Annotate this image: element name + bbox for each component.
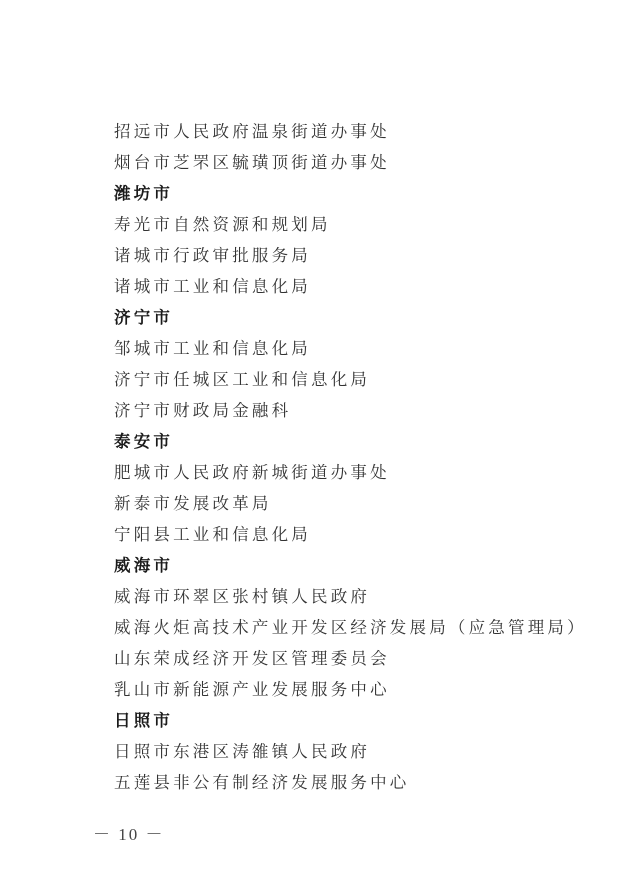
org-line: 烟台市芝罘区毓璜顶街道办事处	[114, 147, 587, 178]
city-heading: 日照市	[114, 705, 587, 736]
org-line: 山东荣成经济开发区管理委员会	[114, 643, 587, 674]
org-line: 乳山市新能源产业发展服务中心	[114, 674, 587, 705]
org-line: 新泰市发展改革局	[114, 488, 587, 519]
org-line: 寿光市自然资源和规划局	[114, 209, 587, 240]
org-line: 五莲县非公有制经济发展服务中心	[114, 767, 587, 798]
city-heading: 潍坊市	[114, 178, 587, 209]
org-line: 威海火炬高技术产业开发区经济发展局（应急管理局）	[114, 612, 587, 643]
document-page: 招远市人民政府温泉街道办事处 烟台市芝罘区毓璜顶街道办事处 潍坊市 寿光市自然资…	[0, 0, 640, 870]
city-heading: 威海市	[114, 550, 587, 581]
city-heading: 济宁市	[114, 302, 587, 333]
organization-list: 招远市人民政府温泉街道办事处 烟台市芝罘区毓璜顶街道办事处 潍坊市 寿光市自然资…	[114, 116, 587, 798]
page-number: － 10 －	[93, 820, 165, 845]
org-line: 宁阳县工业和信息化局	[114, 519, 587, 550]
org-line: 济宁市任城区工业和信息化局	[114, 364, 587, 395]
org-line: 济宁市财政局金融科	[114, 395, 587, 426]
org-line: 诸城市行政审批服务局	[114, 240, 587, 271]
org-line: 日照市东港区涛雒镇人民政府	[114, 736, 587, 767]
city-heading: 泰安市	[114, 426, 587, 457]
org-line: 招远市人民政府温泉街道办事处	[114, 116, 587, 147]
org-line: 诸城市工业和信息化局	[114, 271, 587, 302]
org-line: 邹城市工业和信息化局	[114, 333, 587, 364]
org-line: 威海市环翠区张村镇人民政府	[114, 581, 587, 612]
org-line: 肥城市人民政府新城街道办事处	[114, 457, 587, 488]
